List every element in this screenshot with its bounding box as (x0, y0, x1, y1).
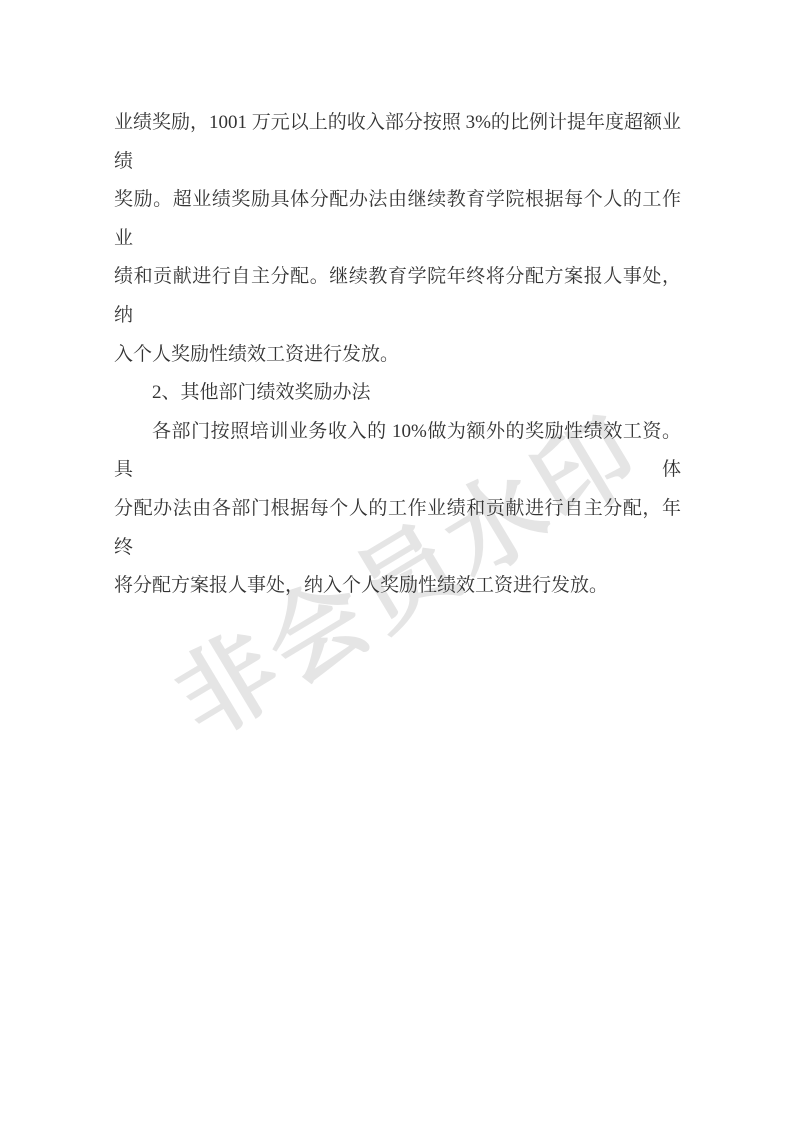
document-page: 非会员水印 业绩奖励，1001 万元以上的收入部分按照 3%的比例计提年度超额业… (0, 0, 794, 1123)
document-body: 业绩奖励，1001 万元以上的收入部分按照 3%的比例计提年度超额业绩 奖励。超… (114, 104, 681, 606)
paragraph-line: 业绩奖励，1001 万元以上的收入部分按照 3%的比例计提年度超额业绩 (114, 104, 681, 181)
paragraph-line: 将分配方案报人事处，纳入个人奖励性绩效工资进行发放。 (114, 567, 681, 606)
paragraph-line: 各部门按照培训业务收入的 10%做为额外的奖励性绩效工资。具体 (114, 413, 681, 490)
paragraph-line: 绩和贡献进行自主分配。继续教育学院年终将分配方案报人事处，纳 (114, 258, 681, 335)
list-heading-line: 2、其他部门绩效奖励办法 (114, 374, 681, 413)
paragraph-line: 入个人奖励性绩效工资进行发放。 (114, 336, 681, 375)
paragraph-line: 奖励。超业绩奖励具体分配办法由继续教育学院根据每个人的工作业 (114, 181, 681, 258)
paragraph-line: 分配办法由各部门根据每个人的工作业绩和贡献进行自主分配，年终 (114, 490, 681, 567)
